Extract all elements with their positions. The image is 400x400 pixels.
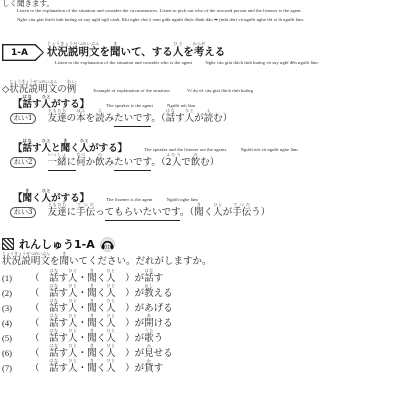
practice-header: れんしゅう1-A 11 xyxy=(2,236,115,252)
carryover-sentence: しく聞きます。 xyxy=(2,0,54,8)
practice-item: (5)（ 話はなす人ひと・聞きく人ひと ）が歌うたう xyxy=(2,328,173,343)
textbook-page: しく聞きます。 Listen to the explanation of the… xyxy=(0,0,400,400)
example-sentence-1: 友達ともだちの本ほんを読よみたいです。（話はなす人ひとが読よむ） xyxy=(48,113,233,127)
item-number: (3) xyxy=(2,303,30,313)
section-subtitle: Listen to the explanation of the situati… xyxy=(55,60,318,65)
item-sentence: （ 話はなす人ひと・聞きく人ひと ）があげる xyxy=(30,298,173,314)
audio-track-number: 11 xyxy=(105,244,111,249)
section-subtitle-en: Listen to the explanation of the situati… xyxy=(55,60,192,65)
example-badge-1: れい1 xyxy=(10,113,36,124)
example-row-1: れい1 友達ともだちの本ほんを読よみたいです。（話はなす人ひとが読よむ） xyxy=(10,106,232,125)
item-number: (2) xyxy=(2,288,30,298)
practice-item: (1)（ 話はなす人ひと・聞きく人ひと ）が話はなす xyxy=(2,268,173,283)
practice-item: (2)（ 話はなす人ひと・聞きく人ひと ）が教おしえる xyxy=(2,283,173,298)
headphones-icon: 11 xyxy=(100,237,115,252)
item-number: (4) xyxy=(2,318,30,328)
item-sentence: （ 話はなす人ひと・聞きく人ひと ）が見みせる xyxy=(30,343,173,359)
example-badge-2: れい2 xyxy=(10,157,36,168)
item-number: (1) xyxy=(2,273,30,283)
practice-item: (7)（ 話はなす人ひと・聞きく人ひと ）が貸かす xyxy=(2,358,173,373)
item-sentence: （ 話はなす人ひと・聞きく人ひと ）が話はなす xyxy=(30,268,163,284)
hatched-square-icon xyxy=(2,238,14,250)
item-number: (7) xyxy=(2,363,30,373)
example-sentence-2: 一緒いっしょに何なにか飲のみたいです。（2人ふたりで飲のむ） xyxy=(48,157,220,171)
item-sentence: （ 話はなす人ひと・聞きく人ひと ）が歌うたう xyxy=(30,328,163,344)
practice-item: (6)（ 話はなす人ひと・聞きく人ひと ）が見みせる xyxy=(2,343,173,358)
intro-english: Listen to the explanation of the situati… xyxy=(17,8,302,13)
example-row-3: れい3 友達ともだちに手伝てつだってもらいたいです。（聞きく人ひとが手伝てつだう… xyxy=(10,200,270,219)
practice-item: (4)（ 話はなす人ひと・聞きく人ひと ）が開あける xyxy=(2,313,173,328)
section-tag: 1-A xyxy=(2,44,44,61)
practice-item: (3)（ 話はなす人ひと・聞きく人ひと ）があげる xyxy=(2,298,173,313)
group-label-vi: Người nói và người nghe làm xyxy=(241,147,298,152)
item-number: (6) xyxy=(2,348,30,358)
item-sentence: （ 話はなす人ひと・聞きく人ひと ）が貸かす xyxy=(30,358,163,374)
item-number: (5) xyxy=(2,333,30,343)
item-sentence: （ 話はなす人ひと・聞きく人ひと ）が教おしえる xyxy=(30,283,173,299)
section-tag-label: 1-A xyxy=(2,44,44,61)
example-row-2: れい2 一緒いっしょに何なにか飲のみたいです。（2人ふたりで飲のむ） xyxy=(10,150,219,169)
intro-vietnamese: Nghe câu giải thích tình huống và suy ng… xyxy=(17,17,304,23)
practice-item-list: (1)（ 話はなす人ひと・聞きく人ひと ）が話はなす(2)（ 話はなす人ひと・聞… xyxy=(2,268,173,373)
section-subtitle-vi: Nghe câu giải thích tình huống và suy ng… xyxy=(205,60,317,65)
example-badge-3: れい3 xyxy=(10,207,36,218)
practice-title: れんしゅう1-A xyxy=(19,236,95,252)
section-title: 状況説明文じょうきょうせつめいぶんを聞きいて、する人ひとを考かんがえる xyxy=(47,41,318,58)
example-sentence-3: 友達ともだちに手伝てつだってもらいたいです。（聞きく人ひとが手伝てつだう） xyxy=(48,207,271,221)
example-header-vi: Ví dụ về câu giải thích tình huống xyxy=(187,88,253,93)
practice-instruction: 状況説明文じょうきょうせつめいぶんを聞きいてください。だれがしますか。 xyxy=(2,251,212,267)
item-sentence: （ 話はなす人ひと・聞きく人ひと ）が開あける xyxy=(30,313,173,329)
